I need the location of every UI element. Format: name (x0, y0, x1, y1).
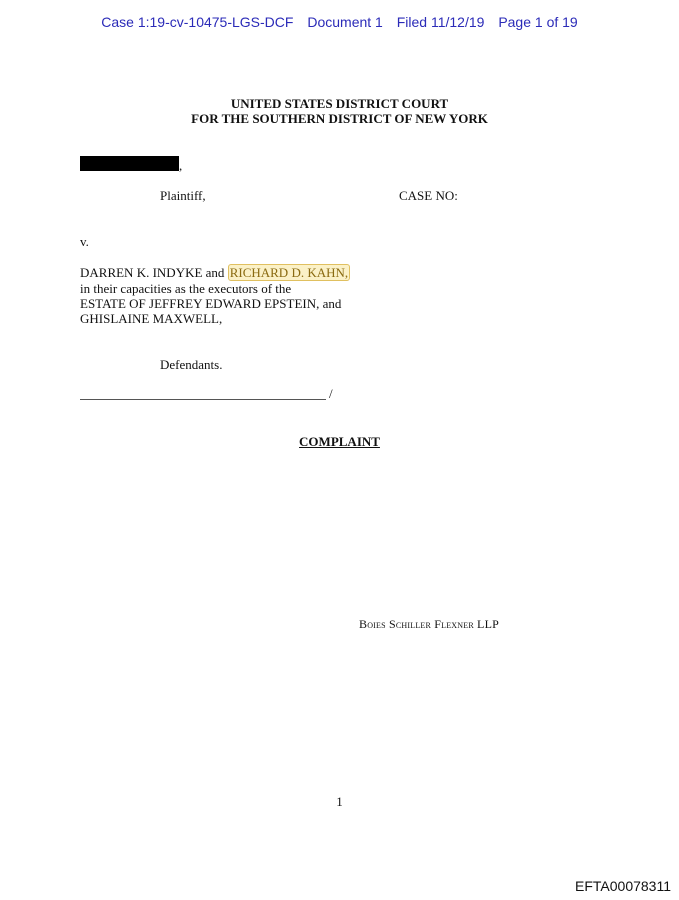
defendants-block: DARREN K. INDYKE and RICHARD D. KAHN, in… (80, 264, 350, 326)
case-number: Case 1:19-cv-10475-LGS-DCF (101, 14, 293, 30)
caption-divider-line (80, 399, 326, 400)
caption-divider-slash: / (329, 386, 333, 402)
defendant-line-1: DARREN K. INDYKE and RICHARD D. KAHN, (80, 264, 350, 281)
court-heading-line1: UNITED STATES DISTRICT COURT (0, 96, 679, 111)
document-number: Document 1 (307, 14, 382, 30)
bates-number: EFTA00078311 (575, 878, 671, 894)
defendant-indyke: DARREN K. INDYKE and (80, 265, 224, 280)
court-heading: UNITED STATES DISTRICT COURT FOR THE SOU… (0, 96, 679, 126)
defendant-line-2: in their capacities as the executors of … (80, 281, 350, 296)
document-title: COMPLAINT (0, 434, 679, 450)
court-heading-line2: FOR THE SOUTHERN DISTRICT OF NEW YORK (0, 111, 679, 126)
defendants-label: Defendants. (160, 357, 222, 373)
plaintiff-name-suffix: , (179, 158, 182, 174)
case-no-label: CASE NO: (399, 188, 458, 204)
highlighted-name[interactable]: RICHARD D. KAHN, (228, 264, 350, 281)
defendant-line-3: ESTATE OF JEFFREY EDWARD EPSTEIN, and (80, 296, 350, 311)
page-indicator: Page 1 of 19 (498, 14, 577, 30)
plaintiff-label: Plaintiff, (160, 188, 206, 204)
filed-date: Filed 11/12/19 (397, 14, 485, 30)
defendant-line-4: GHISLAINE MAXWELL, (80, 311, 350, 326)
redaction-box (80, 156, 179, 171)
law-firm-name: Boies Schiller Flexner LLP (359, 617, 499, 632)
page-number: 1 (0, 794, 679, 810)
ecf-header-stamp: Case 1:19-cv-10475-LGS-DCF Document 1 Fi… (0, 14, 679, 30)
versus-label: v. (80, 234, 89, 250)
